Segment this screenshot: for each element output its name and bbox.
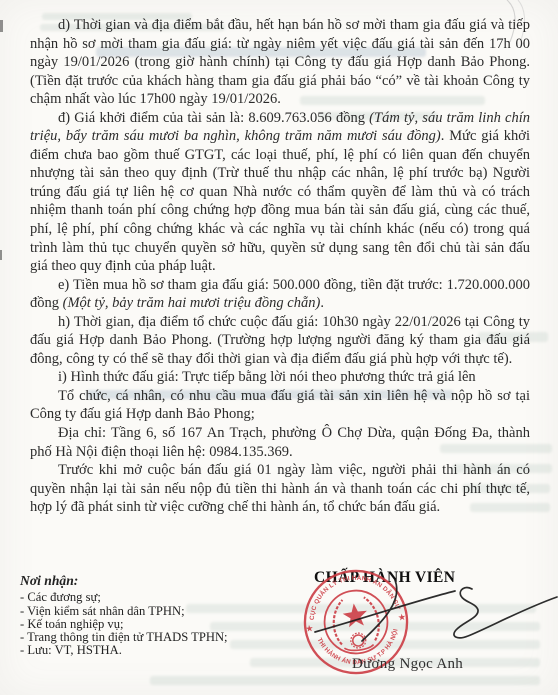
paragraph-i: i) Hình thức đấu giá: Trực tiếp bằng lời… [30,368,530,387]
scan-edge-mark [0,250,2,260]
recipient-item: - Lưu: VT, HSTHA. [20,644,260,657]
paragraph-d: d) Thời gian và địa điểm bắt đầu, hết hạ… [30,16,530,109]
scan-edge-mark [0,20,3,32]
paragraph-address: Địa chỉ: Tầng 6, số 167 An Trạch, phường… [30,424,530,461]
document-page: d) Thời gian và địa điểm bắt đầu, hết hạ… [0,0,558,695]
paragraph-contact: Tổ chức, cá nhân, có nhu cầu mua đấu giá… [30,387,530,424]
paragraph-e: e) Tiền mua hồ sơ tham gia đấu giá: 500.… [30,276,530,313]
paragraph-notice: Trước khi mở cuộc bán đấu giá 01 ngày là… [30,461,530,517]
recipient-item: - Các đương sự; [20,591,260,604]
paragraph-dd: đ) Giá khởi điểm của tài sản là: 8.609.7… [30,109,530,276]
recipient-item: - Kế toán nghiệp vụ; [20,618,260,631]
signature-stroke [454,588,557,638]
signature-stroke [315,591,455,632]
recipients-block: Nơi nhận: - Các đương sự; - Viện kiểm sá… [20,574,260,658]
recipients-label: Nơi nhận: [20,574,260,587]
signer-name: Dương Ngọc Anh [352,656,463,673]
signature-stroke [362,580,397,641]
document-body: d) Thời gian và địa điểm bắt đầu, hết hạ… [30,16,530,517]
paragraph-h: h) Thời gian, địa điểm tổ chức cuộc đấu … [30,313,530,369]
recipient-item: - Trang thông tin điện tử THADS TPHN; [20,631,260,644]
recipient-item: - Viện kiểm sát nhân dân TPHN; [20,605,260,618]
